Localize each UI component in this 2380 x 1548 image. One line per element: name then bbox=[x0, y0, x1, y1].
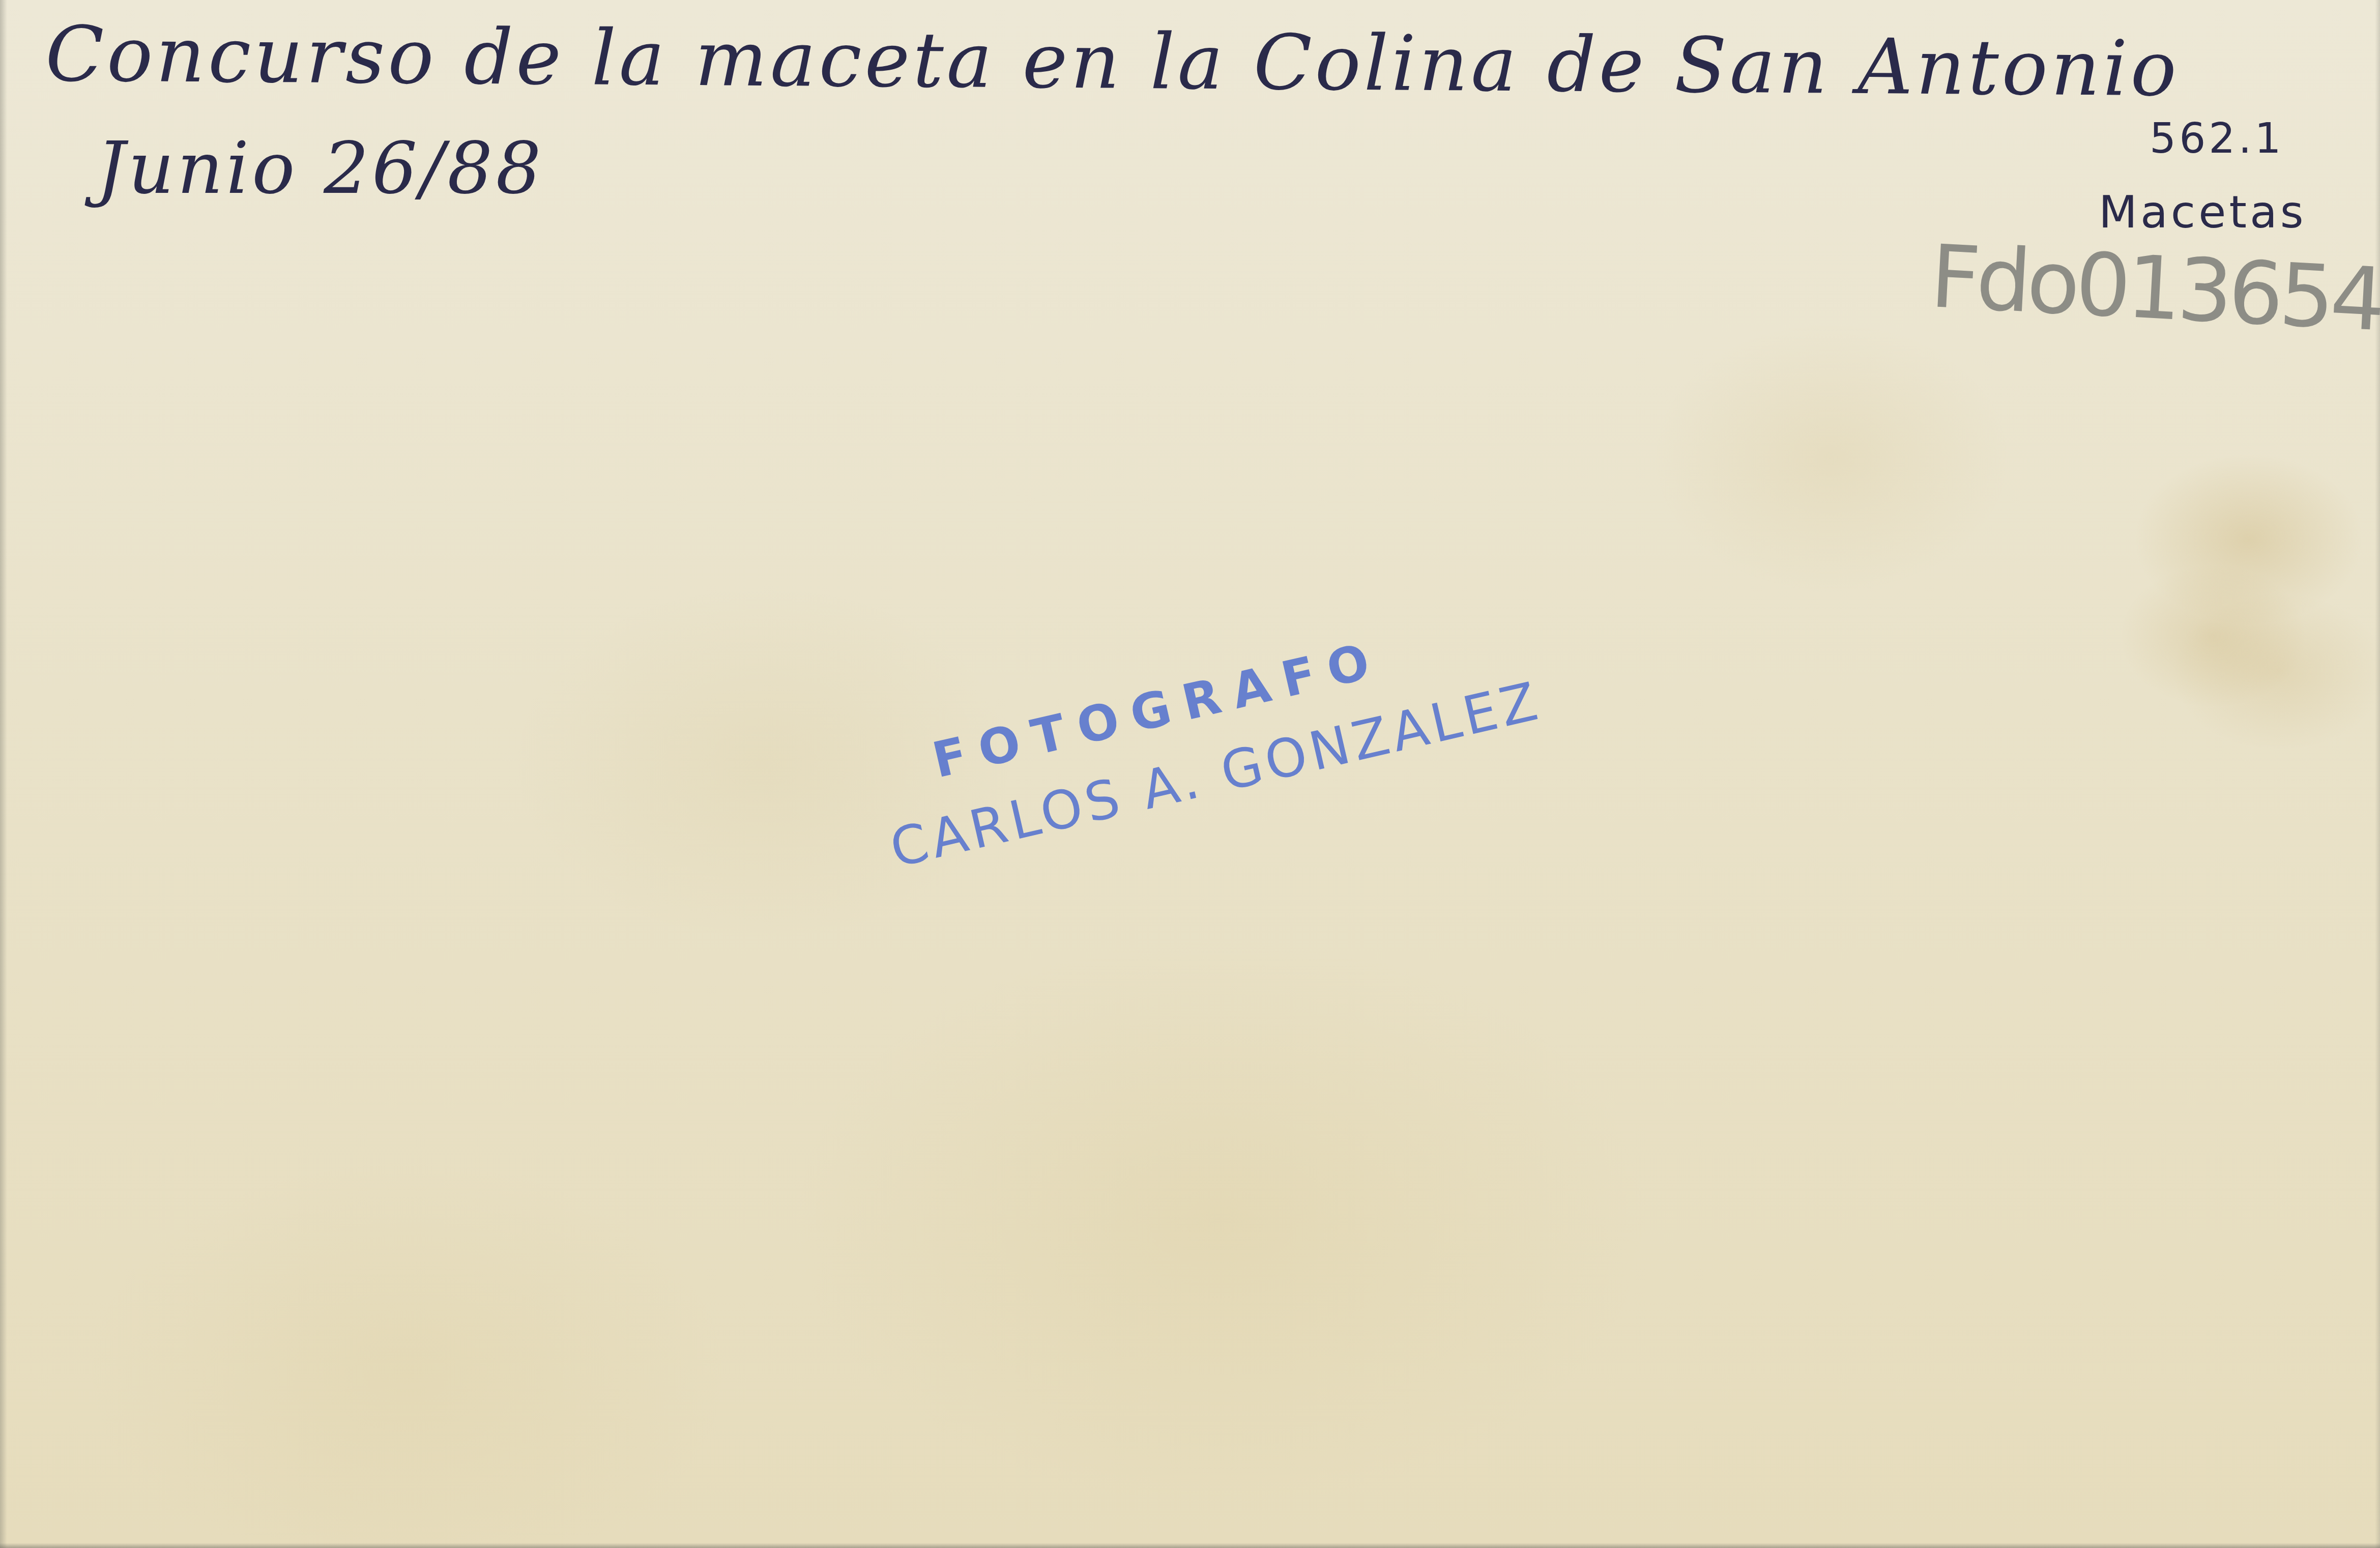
reference-number: 562.1 bbox=[2150, 114, 2284, 163]
scan-edge-right bbox=[2375, 0, 2380, 1548]
photographer-stamp: FOTOGRAFO CARLOS A. GONZALEZ bbox=[853, 546, 1501, 911]
scan-edge-left bbox=[0, 0, 7, 1548]
handwritten-caption: Concurso de la maceta en la Colina de Sa… bbox=[45, 10, 2180, 113]
category-label: Macetas bbox=[2099, 186, 2307, 238]
photo-back-page: Concurso de la maceta en la Colina de Sa… bbox=[0, 0, 2380, 1548]
archive-id-pencil: Fdo013654 bbox=[1928, 226, 2380, 351]
handwritten-date: Junio 26/88 bbox=[97, 127, 544, 210]
scan-edge-bottom bbox=[0, 1543, 2380, 1548]
